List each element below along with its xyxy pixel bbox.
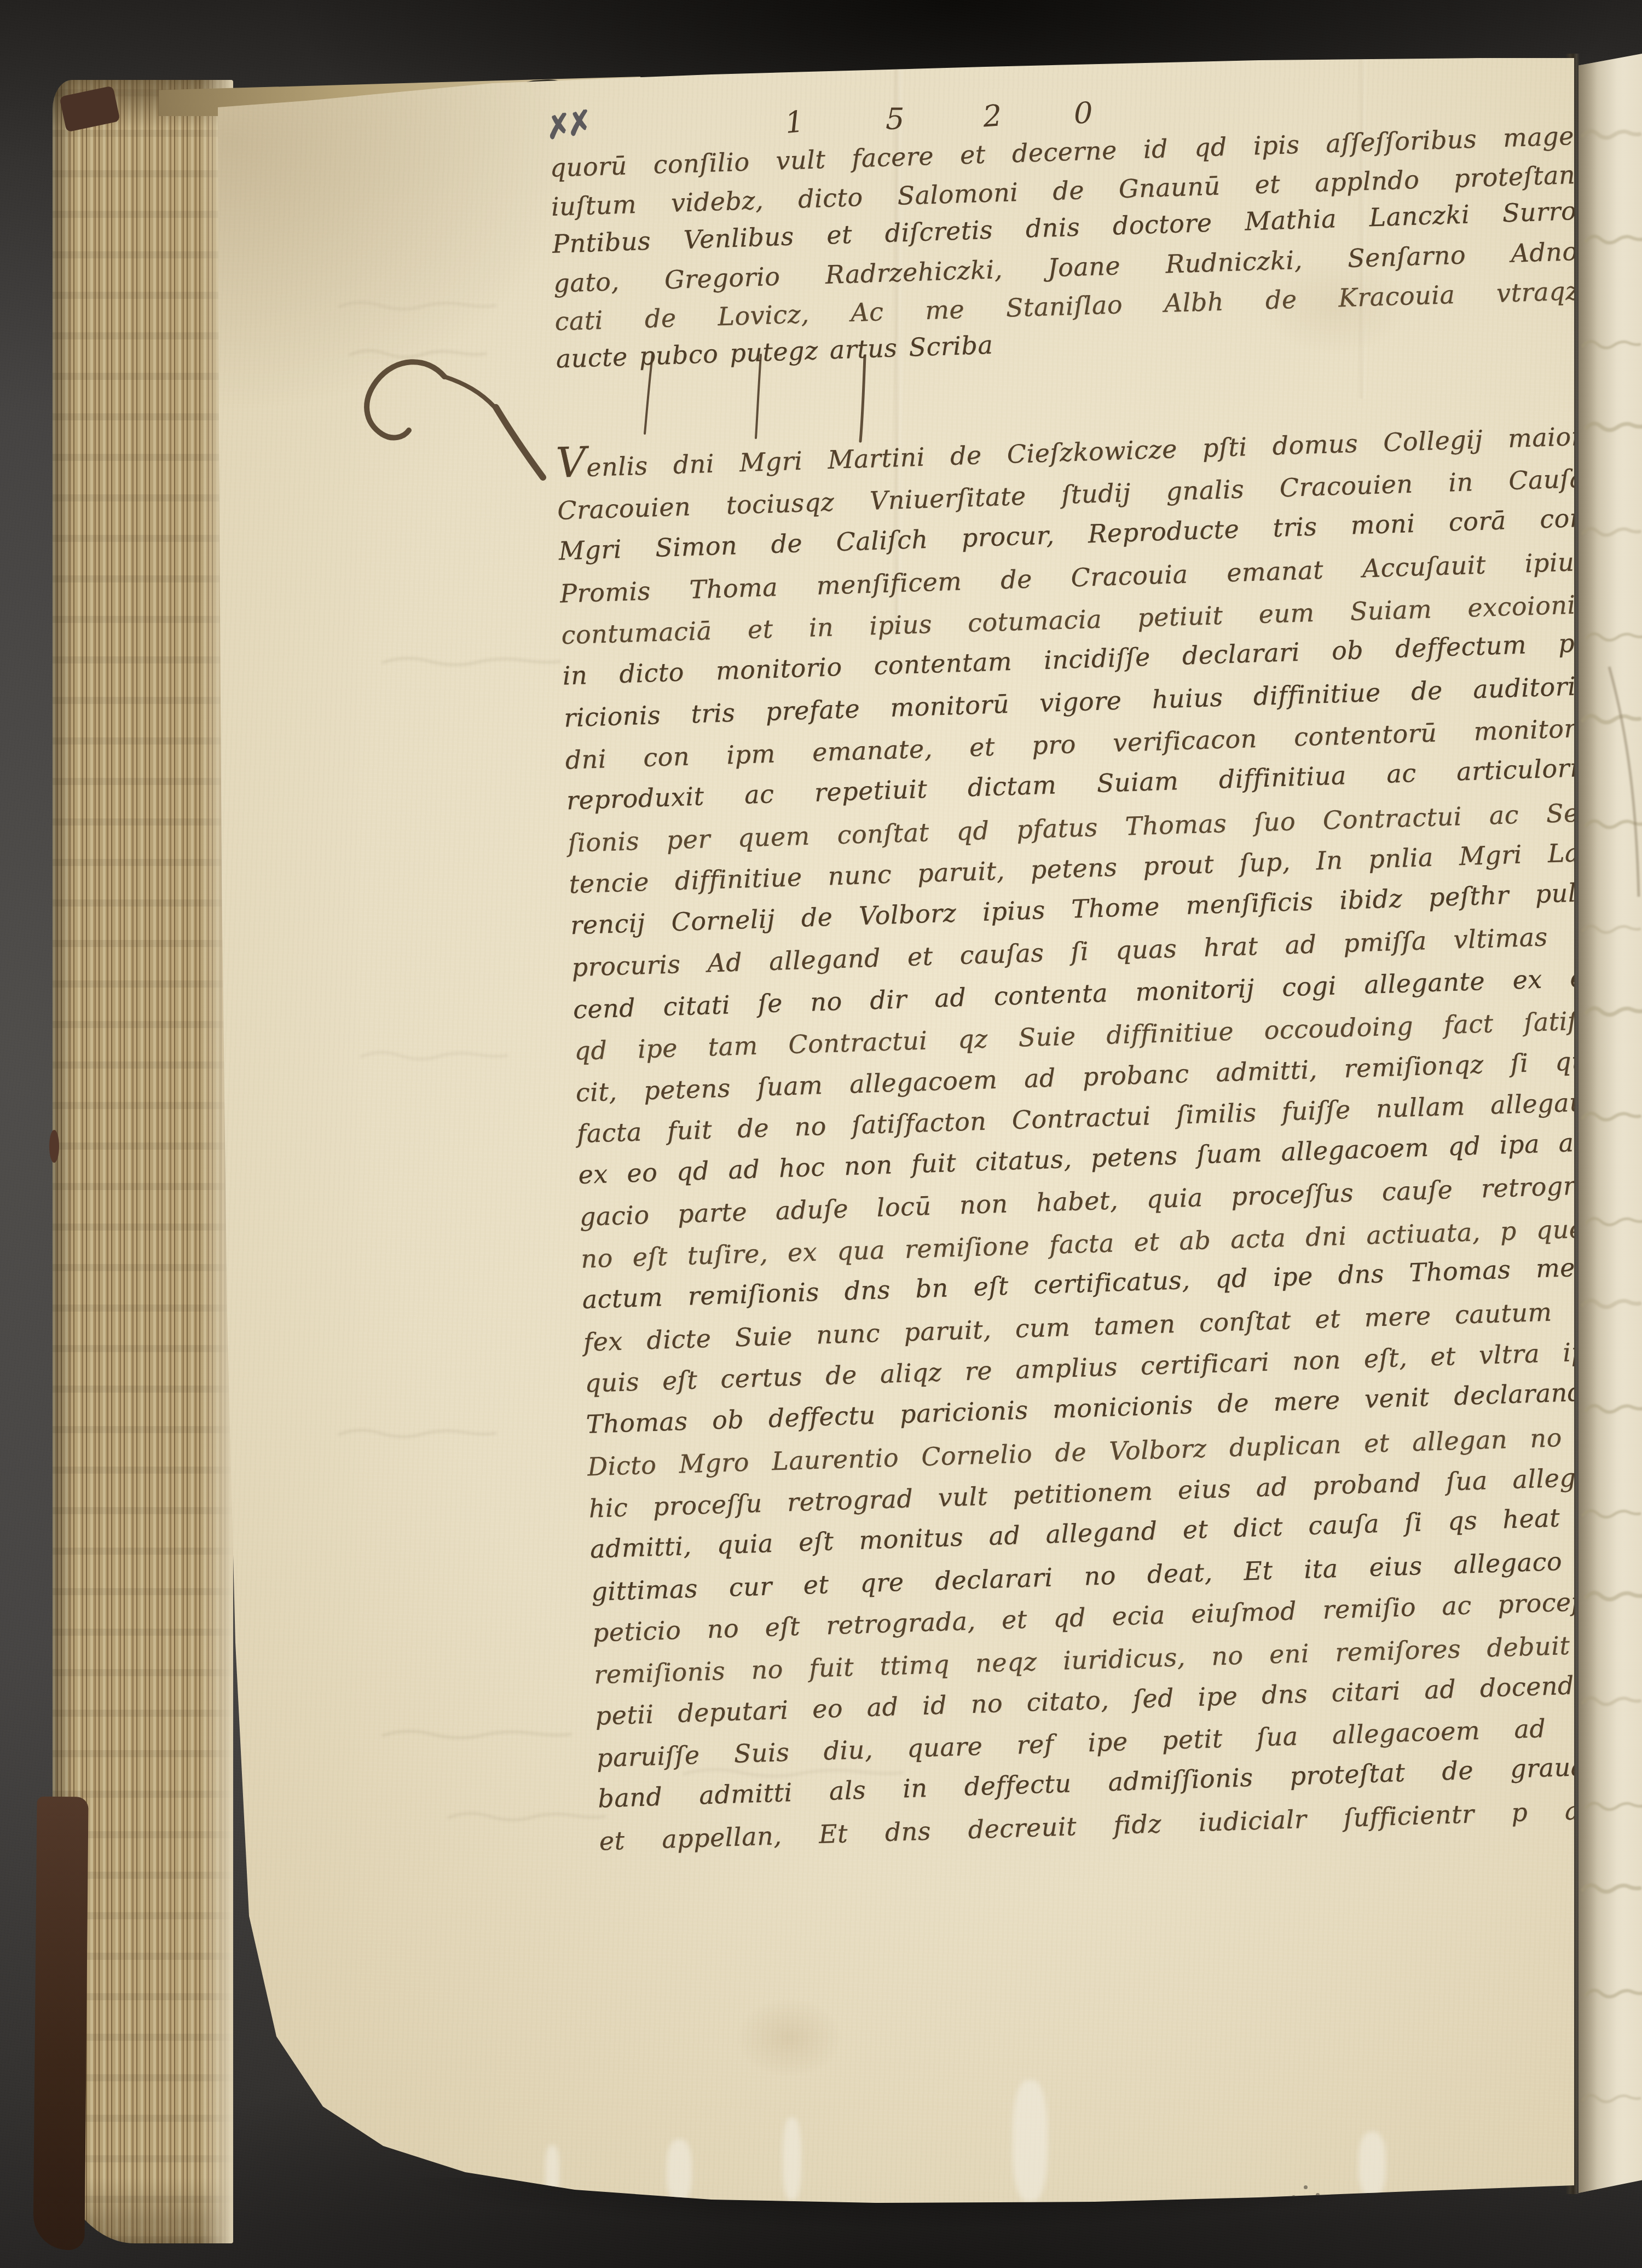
ink-speck bbox=[1304, 2185, 1308, 2189]
facing-page-sliver bbox=[1579, 54, 1642, 2193]
year-digit: 0 bbox=[1074, 96, 1093, 130]
paragraph-1: quorū conſilio vult facere et decerne id… bbox=[550, 117, 1581, 379]
year-digit: 1 bbox=[784, 104, 806, 140]
year-digit: 2 bbox=[982, 98, 1003, 134]
handwritten-text: ✗✗ 1 5 2 0 quorū conſilio vult facere et… bbox=[545, 72, 1637, 1965]
leather-cover-edge bbox=[49, 1130, 59, 1163]
ghost-writing bbox=[1579, 54, 1642, 2193]
year-digit: 5 bbox=[886, 102, 905, 136]
chalk-streak bbox=[1358, 2132, 1386, 2197]
manuscript-photo: ✗✗ 1 5 2 0 quorū conſilio vult facere et… bbox=[0, 0, 1642, 2268]
chalk-streak bbox=[1013, 2080, 1048, 2202]
pen-trial-marks: ✗✗ bbox=[542, 103, 590, 147]
leather-cover-spine bbox=[33, 1797, 88, 2250]
paragraph-2: Venlis dni Mgri Martini de Cieſzkowicze … bbox=[556, 415, 1627, 1862]
chalk-streak bbox=[783, 2117, 801, 2201]
chalk-streak bbox=[667, 2139, 692, 2203]
